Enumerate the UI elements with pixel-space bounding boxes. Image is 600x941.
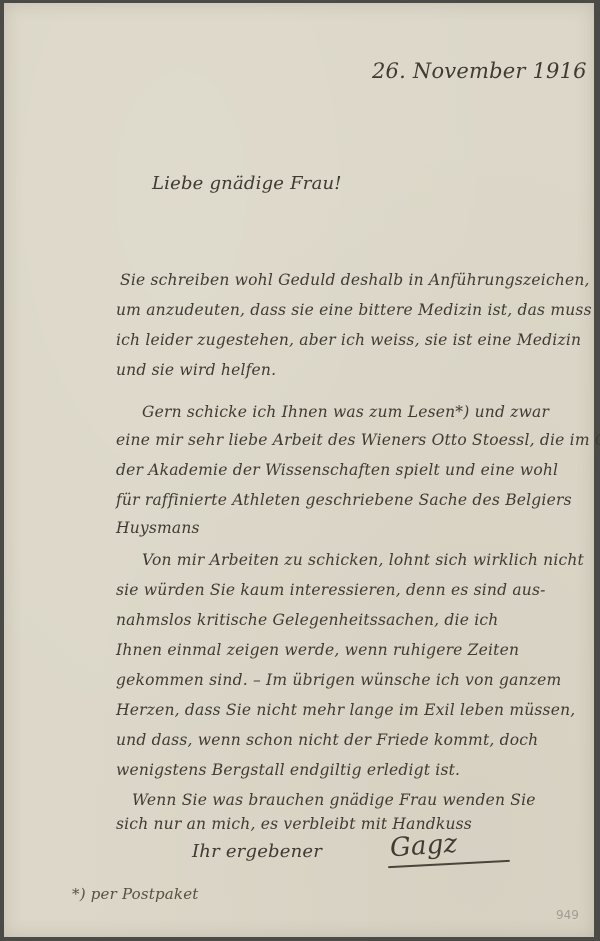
text-line: Gern schicke ich Ihnen was zum Lesen*) u… bbox=[142, 403, 549, 421]
text-line: Von mir Arbeiten zu schicken, lohnt sich… bbox=[142, 551, 584, 569]
text-line: gekommen sind. – Im übrigen wünsche ich … bbox=[116, 671, 561, 689]
text-line: ich leider zugestehen, aber ich weiss, s… bbox=[116, 331, 581, 349]
signature: Gagz bbox=[389, 829, 458, 864]
letter-page: 26. November 1916 Liebe gnädige Frau! Si… bbox=[4, 3, 594, 937]
letter-date: 26. November 1916 bbox=[372, 59, 587, 83]
text-line: und dass, wenn schon nicht der Friede ko… bbox=[116, 731, 538, 749]
closing: Ihr ergebener bbox=[192, 841, 322, 862]
salutation: Liebe gnädige Frau! bbox=[152, 173, 342, 194]
archive-number: 949 bbox=[556, 908, 579, 922]
text-line: nahmslos kritische Gelegenheitssachen, d… bbox=[116, 611, 498, 629]
text-line: Herzen, dass Sie nicht mehr lange im Exi… bbox=[116, 701, 575, 719]
text-line: um anzudeuten, dass sie eine bittere Med… bbox=[116, 301, 592, 319]
text-line: Huysmans bbox=[116, 519, 200, 537]
text-line: sie würden Sie kaum interessieren, denn … bbox=[116, 581, 546, 599]
text-line: und sie wird helfen. bbox=[116, 361, 276, 379]
text-line: Ihnen einmal zeigen werde, wenn ruhigere… bbox=[116, 641, 519, 659]
text-line: wenigstens Bergstall endgiltig erledigt … bbox=[116, 761, 460, 779]
text-line: eine mir sehr liebe Arbeit des Wieners O… bbox=[116, 431, 600, 449]
text-line: für raffinierte Athleten geschriebene Sa… bbox=[116, 491, 572, 509]
text-line: Wenn Sie was brauchen gnädige Frau wende… bbox=[132, 791, 536, 809]
text-line: Sie schreiben wohl Geduld deshalb in Anf… bbox=[120, 271, 590, 289]
footnote: *) per Postpaket bbox=[72, 885, 199, 903]
text-line: der Akademie der Wissenschaften spielt u… bbox=[116, 461, 558, 479]
